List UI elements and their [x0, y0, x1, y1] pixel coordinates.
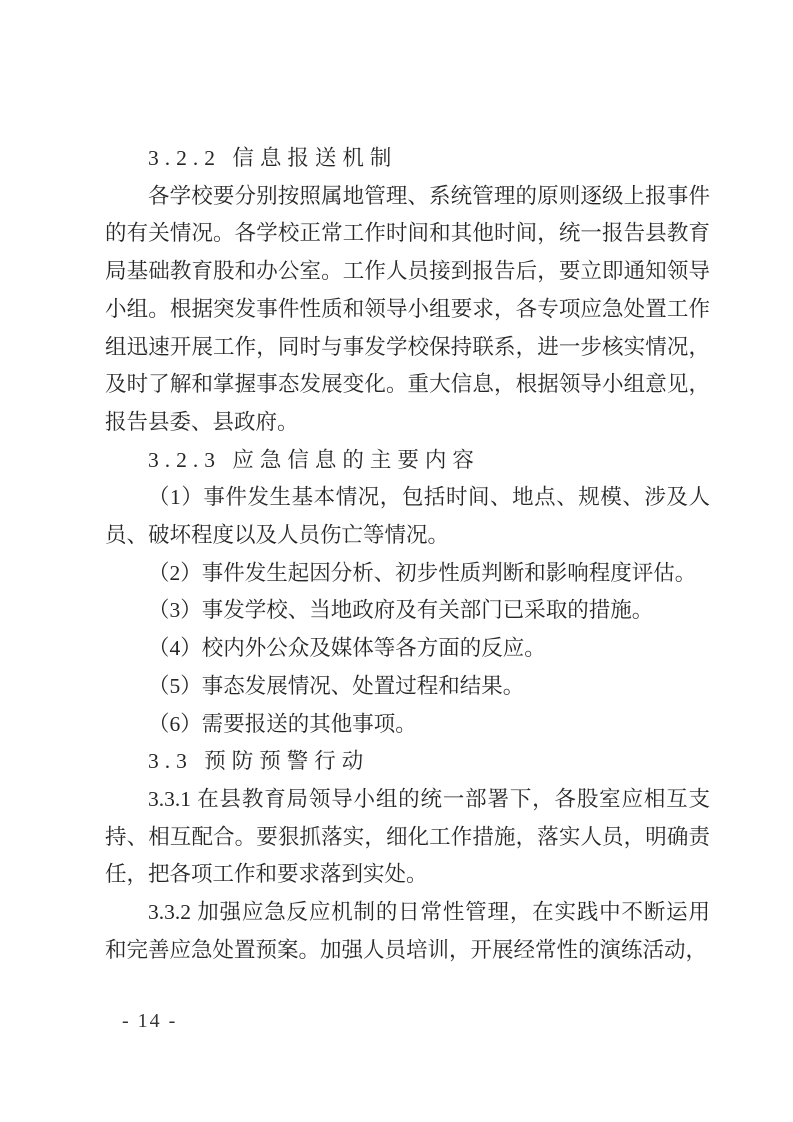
list-item-4: （4）校内外公众及媒体等各方面的反应。: [105, 630, 710, 668]
document-body: 3.2.2 信息报送机制 各学校要分别按照属地管理、系统管理的原则逐级上报事件的…: [105, 140, 710, 969]
paragraph-3-3-1: 3.3.1 在县教育局领导小组的统一部署下，各股室应相互支持、相互配合。要狠抓落…: [105, 781, 710, 894]
list-item-2: （2）事件发生起因分析、初步性质判断和影响程度评估。: [105, 555, 710, 593]
section-heading-3-2-3: 3.2.3 应急信息的主要内容: [105, 442, 710, 480]
list-item-6: （6）需要报送的其他事项。: [105, 706, 710, 744]
list-item-3: （3）事发学校、当地政府及有关部门已采取的措施。: [105, 592, 710, 630]
paragraph-3-3-2: 3.3.2 加强应急反应机制的日常性管理，在实践中不断运用和完善应急处置预案。加…: [105, 894, 710, 969]
list-item-1: （1）事件发生基本情况，包括时间、地点、规模、涉及人员、破坏程度以及人员伤亡等情…: [105, 479, 710, 554]
list-item-5: （5）事态发展情况、处置过程和结果。: [105, 668, 710, 706]
page-number: - 14 -: [122, 1010, 177, 1033]
document-page: 3.2.2 信息报送机制 各学校要分别按照属地管理、系统管理的原则逐级上报事件的…: [0, 0, 793, 1122]
section-heading-3-3: 3.3 预防预警行动: [105, 743, 710, 781]
section-heading-3-2-2: 3.2.2 信息报送机制: [105, 140, 710, 178]
paragraph-reporting-mechanism: 各学校要分别按照属地管理、系统管理的原则逐级上报事件的有关情况。各学校正常工作时…: [105, 178, 710, 442]
